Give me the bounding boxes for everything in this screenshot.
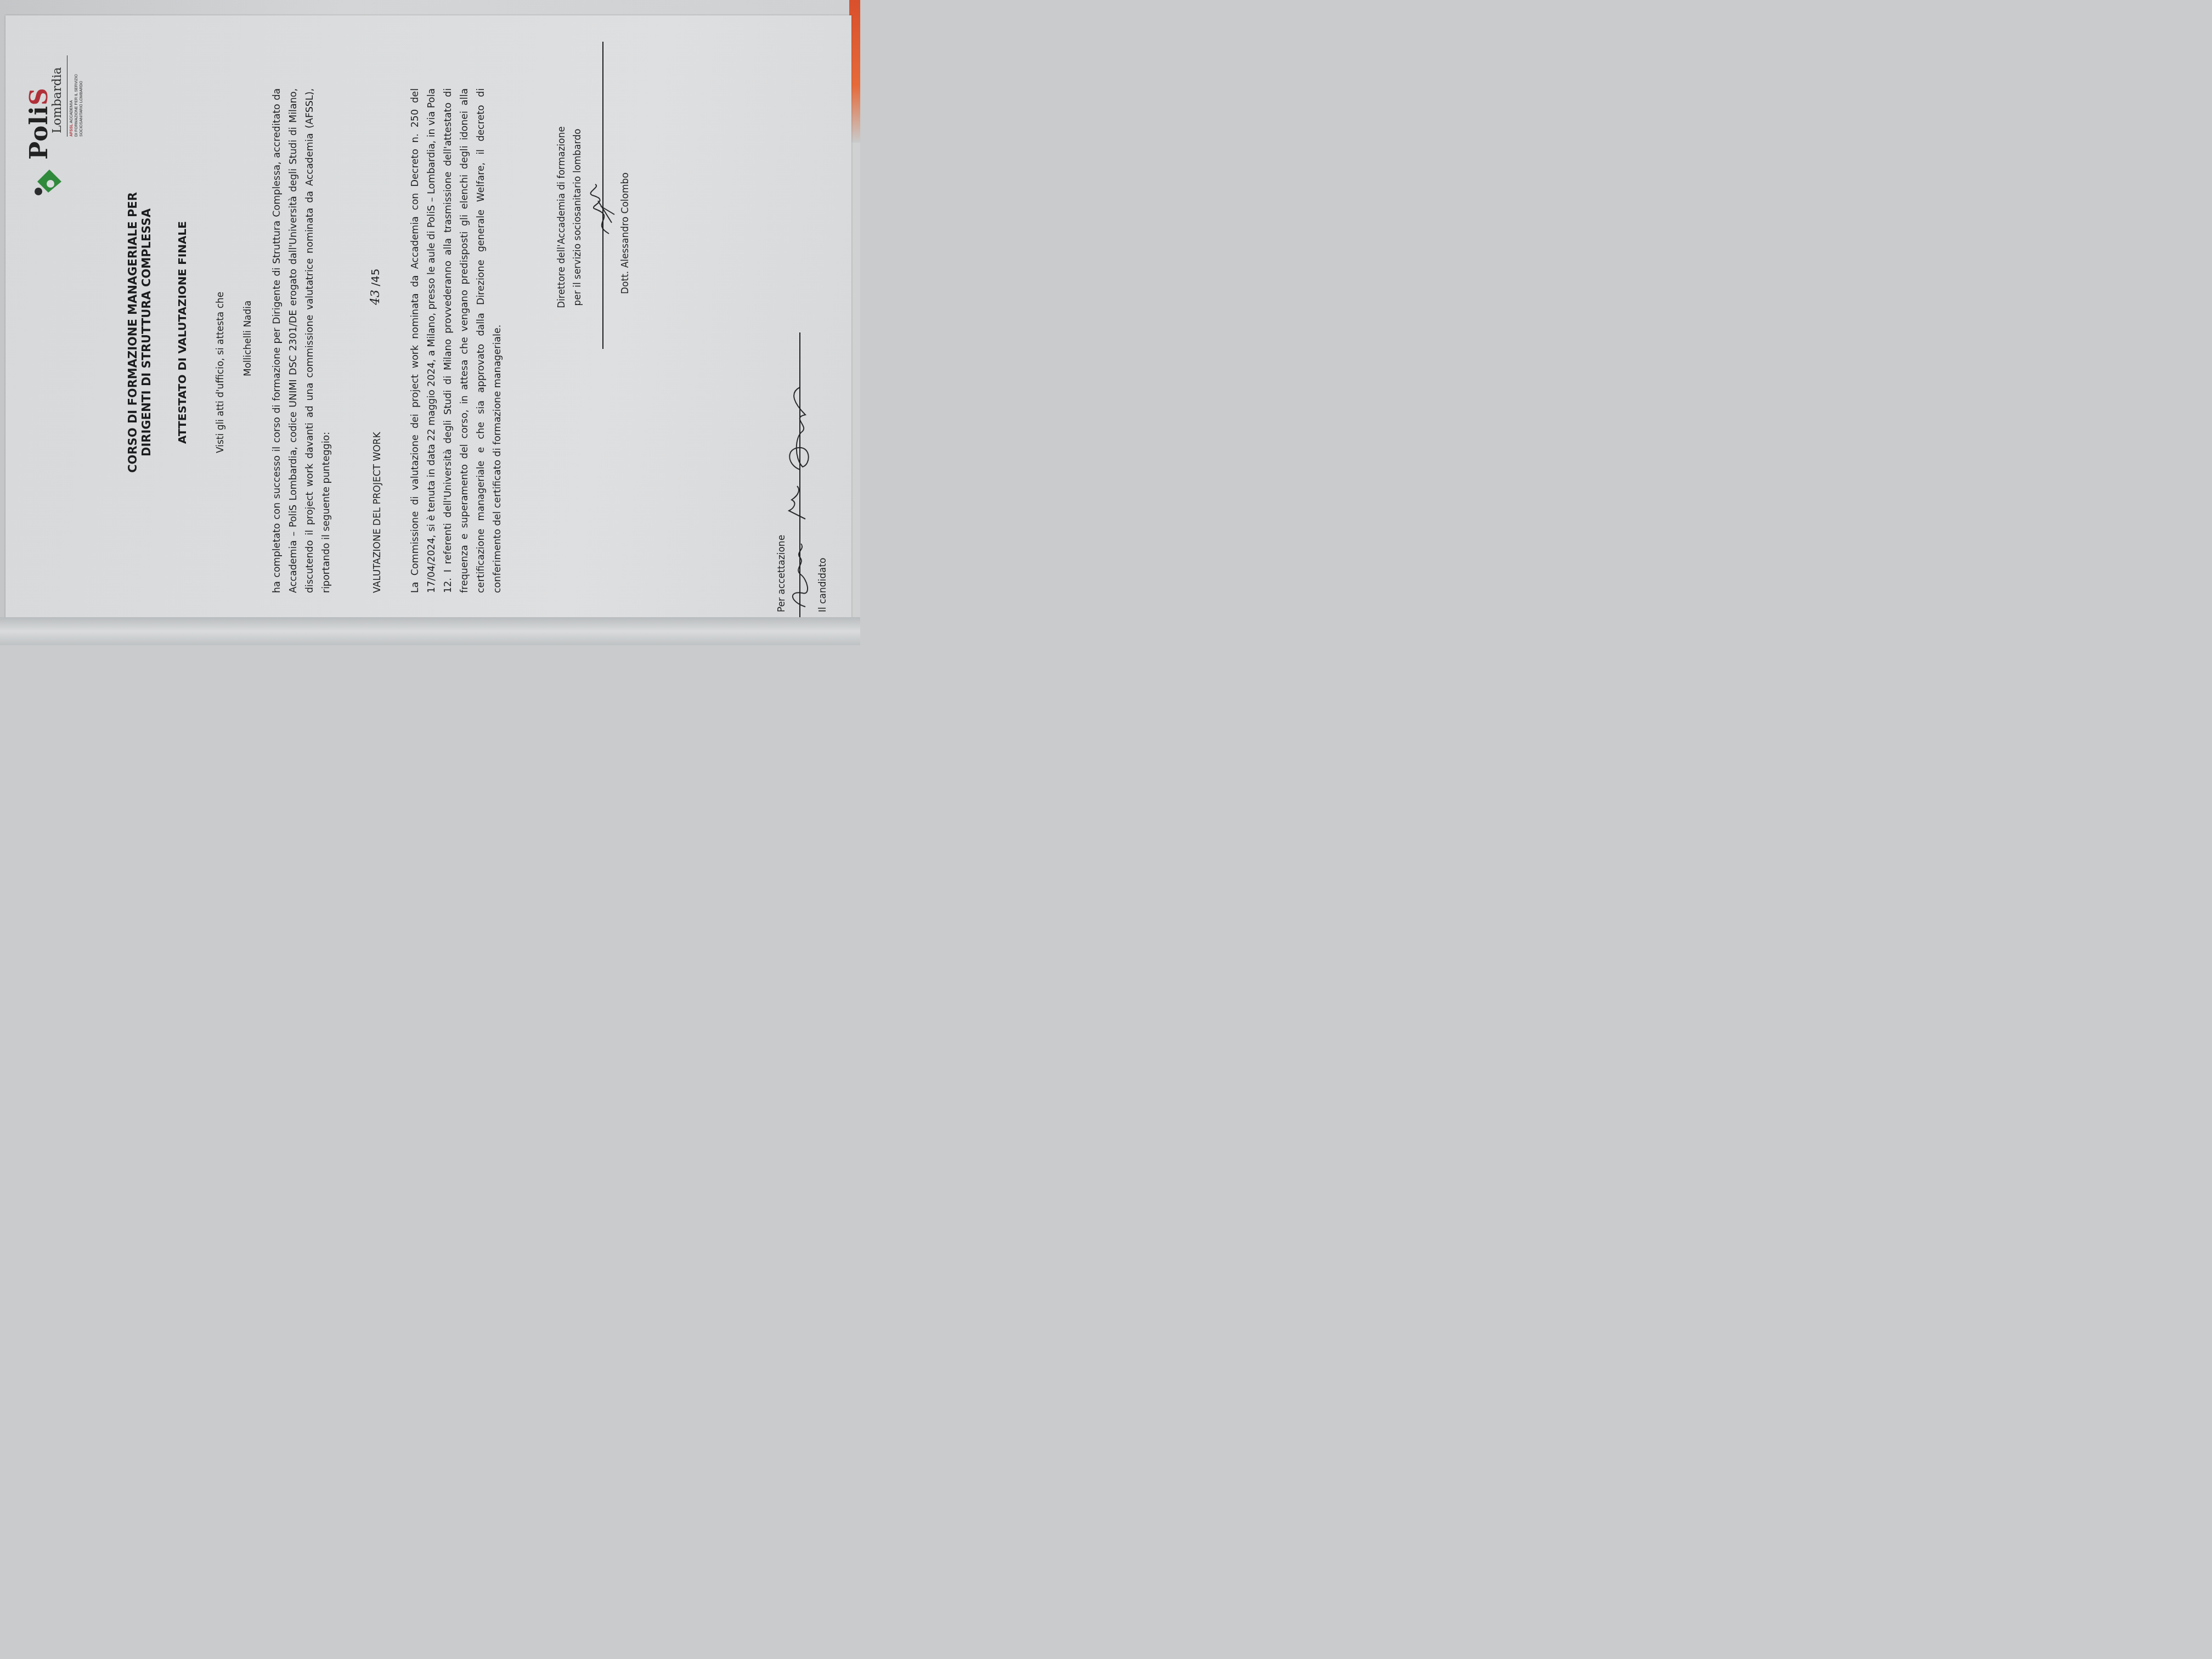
score-value: 43 — [369, 290, 382, 305]
polis-logo-icon — [32, 167, 63, 198]
evaluation-label: VALUTAZIONE DEL PROJECT WORK — [372, 432, 383, 593]
commission-paragraph: La Commissione di valutazione dei projec… — [407, 88, 506, 593]
document-content: PoliS Lombardia AFSSL ACCADEMIA DI FORMA… — [11, 31, 857, 634]
director-name: Dott. Alessandro Colombo — [620, 172, 631, 294]
evaluation-score: 43 /45 — [369, 268, 382, 305]
brand-subtitle: AFSSL ACCADEMIA DI FORMAZIONE PER IL SER… — [69, 74, 84, 137]
score-max: /45 — [369, 268, 382, 286]
document-title: CORSO DI FORMAZIONE MANAGERIALE PER DIRI… — [126, 162, 154, 503]
candidate-name: Mollichelli Nadia — [242, 301, 253, 376]
document-subtitle: ATTESTATO DI VALUTAZIONE FINALE — [176, 162, 189, 503]
director-signature — [579, 179, 623, 239]
director-signature-line — [602, 42, 603, 349]
completion-paragraph: ha completato con successo il corso di f… — [269, 88, 335, 593]
candidate-signature-line — [799, 332, 800, 618]
logo-divider — [67, 55, 67, 137]
brand-name: PoliS — [25, 88, 53, 160]
polis-logo: PoliS Lombardia AFSSL ACCADEMIA DI FORMA… — [27, 55, 88, 198]
candidate-role: Il candidato — [817, 558, 828, 612]
certificate-page: PoliS Lombardia AFSSL ACCADEMIA DI FORMA… — [5, 15, 851, 619]
brand-region: Lombardia — [50, 67, 64, 133]
sleeve-edge — [0, 617, 860, 645]
preamble-text: Visti gli atti d'ufficio, si attesta che — [215, 292, 226, 453]
